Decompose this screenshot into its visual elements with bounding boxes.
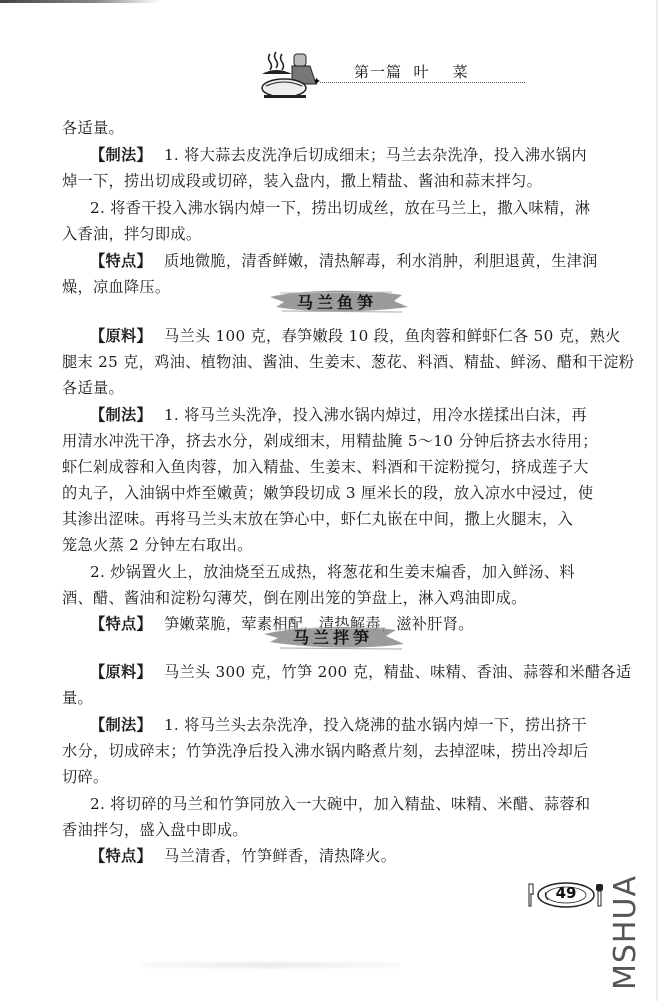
features-label: 【特点】: [90, 615, 152, 633]
paragraph-line: 酒、醋、酱油和淀粉勾薄芡，倒在刚出笼的笋盘上，淋入鸡油即成。: [62, 588, 602, 608]
method-text: 1. 将马兰头洗净，投入沸水锅内焯过，用冷水搓揉出白沫，再: [164, 406, 587, 424]
method-label: 【制法】: [90, 406, 152, 424]
features-text: 质地微脆，清香鲜嫩，清热解毒，利水消肿，利胆退黄，生津润: [164, 252, 598, 270]
watermark: MSHUA: [608, 880, 643, 990]
features-label: 【特点】: [90, 847, 152, 865]
features: 【特点】质地微脆，清香鲜嫩，清热解毒，利水消肿，利胆退黄，生津润: [90, 251, 630, 271]
ingredients-text: 马兰头 300 克，竹笋 200 克，精盐、味精、香油、蒜蓉和米醋各适: [164, 663, 631, 681]
method-label: 【制法】: [90, 146, 152, 164]
recipe-title-banner: 马兰拌笋: [258, 620, 408, 652]
paragraph-line: 量。: [62, 688, 602, 708]
recipe-title: 马兰拌笋: [258, 625, 408, 648]
method-text: 1. 将大蒜去皮洗净后切成细末；马兰去杂洗净，投入沸水锅内: [164, 146, 587, 164]
ingredients: 【原料】马兰头 100 克，春笋嫩段 10 段，鱼肉蓉和鲜虾仁各 50 克，熟火: [90, 326, 630, 346]
recipe-title-banner: 马兰鱼笋: [262, 285, 412, 317]
ingredients-label: 【原料】: [90, 327, 152, 345]
scan-artifact: [140, 962, 400, 968]
ingredients-text: 马兰头 100 克，春笋嫩段 10 段，鱼肉蓉和鲜虾仁各 50 克，熟火: [164, 327, 621, 345]
paragraph-line: 各适量。: [62, 378, 602, 398]
method-label: 【制法】: [90, 716, 152, 734]
page-number: 49: [550, 884, 582, 902]
paragraph-line: 笼急火蒸 2 分钟左右取出。: [62, 535, 602, 555]
paragraph-line: 香油拌匀，盛入盘中即成。: [62, 820, 602, 840]
method-step: 2. 将切碎的马兰和竹笋同放入一大碗中，加入精盐、味精、米醋、蒜蓉和: [90, 794, 630, 814]
method-step: 【制法】1. 将大蒜去皮洗净后切成细末；马兰去杂洗净，投入沸水锅内: [90, 145, 630, 165]
method-step: 【制法】1. 将马兰头洗净，投入沸水锅内焯过，用冷水搓揉出白沫，再: [90, 405, 630, 425]
paragraph-line: 各适量。: [62, 118, 602, 138]
paragraph-line: 的丸子，入油锅中炸至嫩黄；嫩笋段切成 3 厘米长的段，放入凉水中浸过，使: [62, 483, 602, 503]
features-text: 马兰清香，竹笋鲜香，清热降火。: [164, 847, 396, 865]
recipe-title: 马兰鱼笋: [262, 290, 412, 313]
features: 【特点】马兰清香，竹笋鲜香，清热降火。: [90, 846, 630, 866]
paragraph-line: 用清水冲洗干净，挤去水分，剁成细末，用精盐腌 5～10 分钟后挤去水待用；: [62, 431, 602, 451]
paragraph-line: 水分，切成碎末；竹笋洗净后投入沸水锅内略煮片刻，去掉涩味，捞出冷却后: [62, 741, 602, 761]
page-edge-line: [656, 0, 658, 1001]
paragraph-line: 切碎。: [62, 767, 602, 787]
scan-edge-shadow: [0, 0, 160, 3]
method-text: 1. 将马兰头去杂洗净，投入烧沸的盐水锅内焯一下，捞出挤干: [164, 716, 587, 734]
ingredients: 【原料】马兰头 300 克，竹笋 200 克，精盐、味精、香油、蒜蓉和米醋各适: [90, 662, 630, 682]
paragraph-line: 腿末 25 克，鸡油、植物油、酱油、生姜末、葱花、料酒、精盐、鲜汤、醋和干淀粉: [62, 352, 602, 372]
paragraph-line: 焯一下，捞出切成段或切碎，装入盘内，撒上精盐、酱油和蒜末拌匀。: [62, 171, 602, 191]
paragraph-line: 其渗出涩味。再将马兰头末放在笋心中，虾仁丸嵌在中间，撒上火腿末，入: [62, 509, 602, 529]
method-step: 【制法】1. 将马兰头去杂洗净，投入烧沸的盐水锅内焯一下，捞出挤干: [90, 715, 630, 735]
method-step: 2. 炒锅置火上，放油烧至五成热，将葱花和生姜末煸香，加入鲜汤、料: [90, 562, 630, 582]
features-label: 【特点】: [90, 252, 152, 270]
paragraph-line: 虾仁剁成蓉和入鱼肉蓉，加入精盐、生姜末、料酒和干淀粉搅匀，挤成莲子大: [62, 457, 602, 477]
running-header: ✦ ✦ 第一篇 叶 菜: [298, 55, 558, 95]
paragraph-line: 入香油，拌匀即成。: [62, 224, 602, 244]
method-step: 2. 将香干投入沸水锅内焯一下，捞出切成丝，放在马兰上，撒入味精，淋: [90, 198, 630, 218]
ingredients-label: 【原料】: [90, 663, 152, 681]
chef-with-steaming-dish-icon: [258, 50, 320, 100]
page-number-badge: 49: [526, 880, 606, 910]
header-dotted-rule: [320, 82, 525, 83]
chapter-title: 第一篇 叶 菜: [354, 61, 469, 82]
